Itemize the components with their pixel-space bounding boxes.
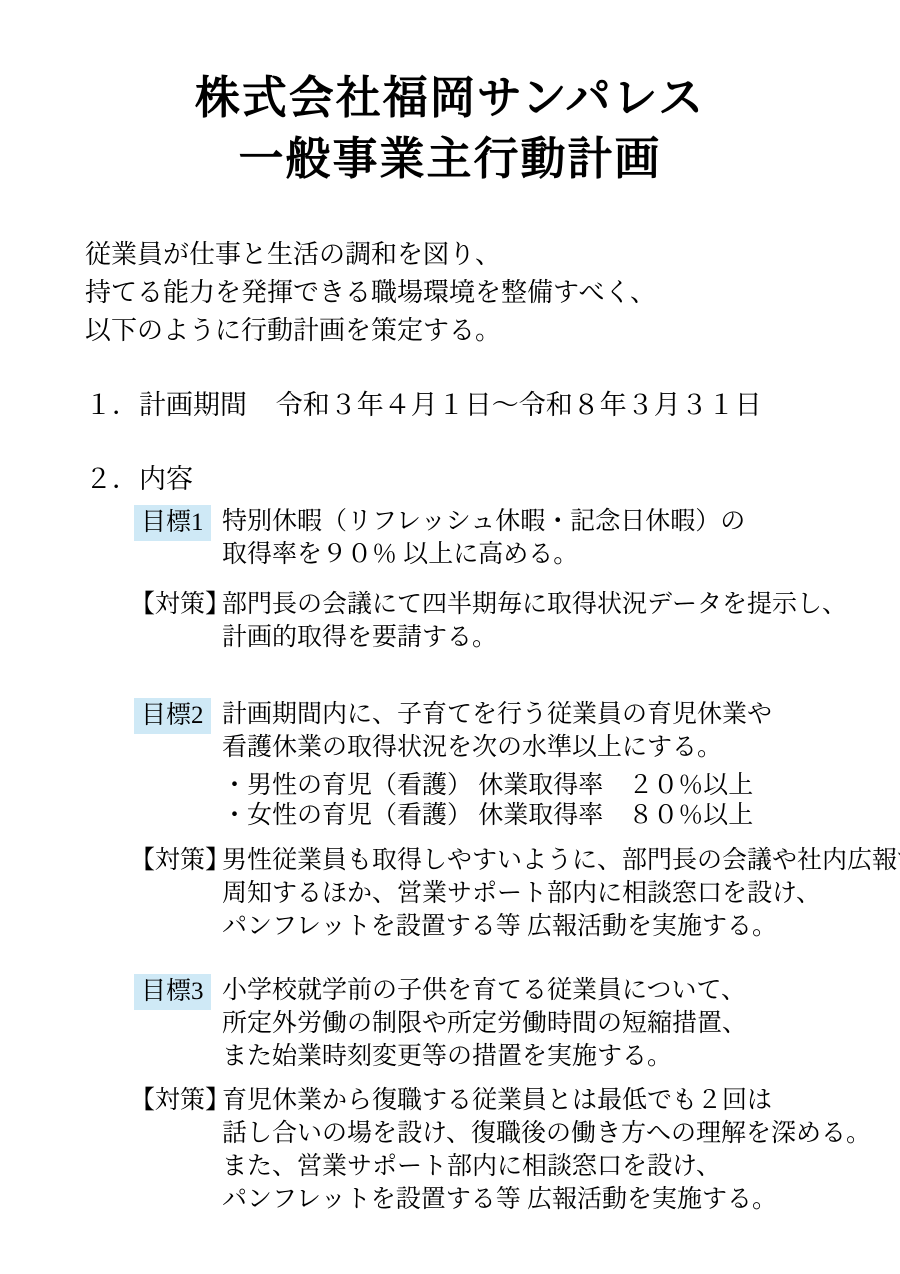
document-page: 株式会社福岡サンパレス 一般事業主行動計画 従業員が仕事と生活の調和を図り、 持… <box>0 0 900 1274</box>
goal-3-line-2: 所定外労働の制限や所定労働時間の短縮措置、 <box>222 1007 900 1040</box>
goal-2-line-2: 看護休業の取得状況を次の水準以上にする。 <box>222 731 900 764</box>
goal-1-label-cell: 目標1 <box>130 505 222 541</box>
title-line-2: 一般事業主行動計画 <box>0 129 900 190</box>
section-plan-period: １．計画期間 令和３年４月１日～令和８年３月３１日 <box>85 386 900 424</box>
measure-2-line-2: 周知するほか、営業サポート部内に相談窓口を設け、 <box>222 877 900 910</box>
measure-1-tag: 【対策】 <box>130 588 222 621</box>
goal-2-label-cell: 目標2 <box>130 698 222 734</box>
measure-3-block: 【対策】 育児休業から復職する従業員とは最低でも２回は 話し合いの場を設け、復職… <box>0 1084 900 1216</box>
goal-3-line-3: また始業時刻変更等の措置を実施する。 <box>222 1040 900 1073</box>
goal-2-block: 目標2 計画期間内に、子育てを行う従業員の育児休業や 看護休業の取得状況を次の水… <box>0 698 900 764</box>
plan-period-value: 令和３年４月１日～令和８年３月３１日 <box>276 390 762 420</box>
goal-2-bullet-1: ・男性の育児（看護） 休業取得率 ２０％以上 <box>222 771 900 801</box>
goal-2-text: 計画期間内に、子育てを行う従業員の育児休業や 看護休業の取得状況を次の水準以上に… <box>222 698 900 764</box>
measure-3-line-4: パンフレットを設置する等 広報活動を実施する。 <box>222 1183 900 1216</box>
document-title: 株式会社福岡サンパレス 一般事業主行動計画 <box>0 0 900 190</box>
intro-paragraph: 従業員が仕事と生活の調和を図り、 持てる能力を発揮できる職場環境を整備すべく、 … <box>85 236 900 350</box>
measure-2-line-1: 男性従業員も取得しやすいように、部門長の会議や社内広報で <box>222 844 900 877</box>
measure-3-text: 育児休業から復職する従業員とは最低でも２回は 話し合いの場を設け、復職後の働き方… <box>222 1084 900 1216</box>
goal-1-text: 特別休暇（リフレッシュ休暇・記念日休暇）の 取得率を９０％ 以上に高める。 <box>222 505 900 571</box>
title-line-1: 株式会社福岡サンパレス <box>0 68 900 129</box>
intro-line-2: 持てる能力を発揮できる職場環境を整備すべく、 <box>85 274 900 312</box>
measure-2-tag: 【対策】 <box>130 844 222 877</box>
measure-3-label-cell: 【対策】 <box>130 1084 222 1117</box>
intro-line-3: 以下のように行動計画を策定する。 <box>85 312 900 350</box>
goal-2-tag: 目標2 <box>134 698 211 734</box>
goal-1-block: 目標1 特別休暇（リフレッシュ休暇・記念日休暇）の 取得率を９０％ 以上に高める… <box>0 505 900 571</box>
goal-3-label-cell: 目標3 <box>130 974 222 1010</box>
measure-2-text: 男性従業員も取得しやすいように、部門長の会議や社内広報で 周知するほか、営業サポ… <box>222 844 900 943</box>
goal-1-tag: 目標1 <box>134 505 211 541</box>
intro-line-1: 従業員が仕事と生活の調和を図り、 <box>85 236 900 274</box>
measure-1-line-2: 計画的取得を要請する。 <box>222 621 900 654</box>
measure-3-line-1: 育児休業から復職する従業員とは最低でも２回は <box>222 1084 900 1117</box>
goal-2-bullet-2: ・女性の育児（看護） 休業取得率 ８０％以上 <box>222 801 900 831</box>
goal-3-block: 目標3 小学校就学前の子供を育てる従業員について、 所定外労働の制限や所定労働時… <box>0 974 900 1073</box>
section-content-heading: ２．内容 <box>85 460 900 498</box>
goal-1-line-1: 特別休暇（リフレッシュ休暇・記念日休暇）の <box>222 505 900 538</box>
measure-3-line-3: また、営業サポート部内に相談窓口を設け、 <box>222 1150 900 1183</box>
goal-3-text: 小学校就学前の子供を育てる従業員について、 所定外労働の制限や所定労働時間の短縮… <box>222 974 900 1073</box>
measure-3-tag: 【対策】 <box>130 1084 222 1117</box>
measure-2-line-3: パンフレットを設置する等 広報活動を実施する。 <box>222 910 900 943</box>
measure-2-label-cell: 【対策】 <box>130 844 222 877</box>
goal-3-tag: 目標3 <box>134 974 211 1010</box>
measure-3-line-2: 話し合いの場を設け、復職後の働き方への理解を深める。 <box>222 1117 900 1150</box>
measure-1-line-1: 部門長の会議にて四半期毎に取得状況データを提示し、 <box>222 588 900 621</box>
measure-2-block: 【対策】 男性従業員も取得しやすいように、部門長の会議や社内広報で 周知するほか… <box>0 844 900 943</box>
goal-3-line-1: 小学校就学前の子供を育てる従業員について、 <box>222 974 900 1007</box>
plan-period-label: １．計画期間 <box>85 390 247 420</box>
goal-2-bullets: ・男性の育児（看護） 休業取得率 ２０％以上 ・女性の育児（看護） 休業取得率 … <box>0 771 900 831</box>
measure-1-label-cell: 【対策】 <box>130 588 222 621</box>
measure-1-text: 部門長の会議にて四半期毎に取得状況データを提示し、 計画的取得を要請する。 <box>222 588 900 654</box>
goal-1-line-2: 取得率を９０％ 以上に高める。 <box>222 538 900 571</box>
goal-2-line-1: 計画期間内に、子育てを行う従業員の育児休業や <box>222 698 900 731</box>
measure-1-block: 【対策】 部門長の会議にて四半期毎に取得状況データを提示し、 計画的取得を要請す… <box>0 588 900 654</box>
